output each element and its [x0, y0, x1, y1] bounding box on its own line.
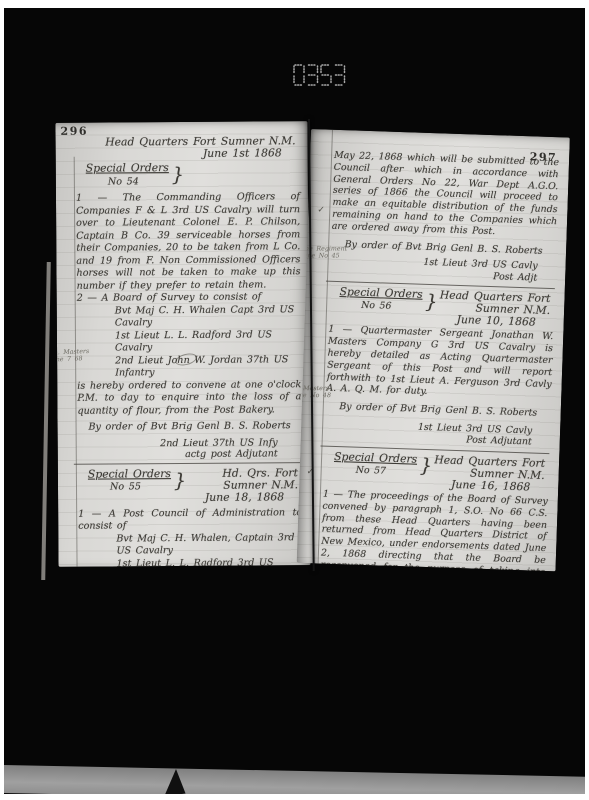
- film-frame-number: [293, 64, 353, 92]
- board-member-list: Bvt Maj C. H. Whalen, Captain 3rd US Cav…: [116, 532, 303, 567]
- order-54-paragraph-3: is hereby ordered to convene at one o'cl…: [77, 379, 301, 418]
- text-line: 1st Lieut L. L. Radford 3rd US Cavalry: [115, 329, 301, 355]
- margin-note: W. MastersJune No 48: [297, 385, 331, 400]
- order-56-label-block: Special Orders No 56 }: [339, 286, 438, 314]
- by-order-line: By order of Bvt Brig Genl B. S. Roberts: [78, 420, 302, 434]
- signature-block: 1st Lieut 3rd US CavlyPost Adjutant: [325, 419, 551, 449]
- order-number: No 56: [361, 300, 422, 314]
- text-line: 2nd Lieut 37th US Infy: [78, 437, 278, 449]
- special-orders-label: Special Orders: [339, 286, 422, 301]
- scanner-bed-strip: [4, 765, 585, 794]
- check-mark-icon: ✓: [317, 205, 325, 217]
- order-57-head: Special Orders No 57 } Head Quarters For…: [323, 451, 549, 494]
- heading-date: June 16, 1868: [431, 478, 544, 494]
- order-number: No 55: [110, 481, 171, 494]
- continuation-body: May 22, 1868 which will be submitted to …: [332, 150, 560, 240]
- ledger-book: 296 Head Quarters Fort Sumner N.M. June …: [56, 121, 576, 577]
- text-line: June 7 68: [55, 355, 89, 364]
- board-member-list: Bvt Maj C. H. Whalen Capt 3rd US Cavalry…: [115, 304, 302, 380]
- left-page: 296 Head Quarters Fort Sumner N.M. June …: [55, 121, 310, 567]
- text-line: Bvt Maj C. H. Whalen Capt 3rd US Cavalry: [115, 304, 301, 330]
- order-55-head: Special Orders No 55 } Hd. Qrs. Fort Sum…: [78, 467, 302, 505]
- special-orders-label: Special Orders: [334, 451, 417, 466]
- text-line: The Regiment: [301, 245, 347, 252]
- order-54-label-block: Special Orders No 54 }: [86, 161, 300, 188]
- heading-date: June 10, 1868: [437, 314, 550, 330]
- brace-glyph: }: [172, 165, 184, 185]
- text-line: 2nd Lieut John W. Jordan 37th US Infantr…: [115, 354, 301, 380]
- order-55-label-block: Special Orders No 55 }: [88, 467, 186, 494]
- order-number: No 54: [108, 176, 169, 189]
- order-56-heading: Head Quarters Fort Sumner N.M. June 10, …: [437, 290, 555, 330]
- brace-glyph: }: [420, 456, 433, 476]
- text-line: actg post Adjutant: [78, 448, 278, 460]
- text-line: June No 48: [297, 393, 331, 400]
- heading-date: June 1st 1868: [76, 147, 296, 161]
- order-57-body: 1 — The proceedings of the Board of Surv…: [318, 489, 548, 572]
- text-line: June No 45: [301, 253, 347, 260]
- page-number-left: 296: [60, 126, 88, 139]
- brace-glyph: }: [174, 470, 186, 490]
- order-54-heading: Head Quarters Fort Sumner N.M. June 1st …: [76, 135, 300, 161]
- special-orders-label: Special Orders: [88, 468, 171, 481]
- by-order-line: By order of Bvt Brig Genl B. S. Roberts: [326, 401, 551, 420]
- underlying-page-edge: [41, 262, 51, 580]
- margin-note: The RegimentJune No 45: [301, 245, 347, 260]
- text-line: Bvt Maj C. H. Whalen, Captain 3rd US Cav…: [116, 532, 302, 558]
- order-54-paragraph-1: 1 — The Commanding Officers of Companies…: [76, 191, 301, 293]
- order-number: No 57: [356, 464, 417, 478]
- microfilm-scan: 296 Head Quarters Fort Sumner N.M. June …: [0, 0, 589, 800]
- order-55-heading: Hd. Qrs. Fort Sumner N.M. June 18, 1868: [186, 467, 302, 504]
- special-orders-label: Special Orders: [86, 162, 169, 175]
- signature-block: 2nd Lieut 37th US Infyactg post Adjutant: [78, 437, 302, 461]
- heading-place: Hd. Qrs. Fort Sumner N.M.: [186, 467, 298, 492]
- order-56-head: Special Orders No 56 } Head Quarters For…: [329, 286, 555, 329]
- right-page: 297 May 22, 1868 which will be submitted…: [297, 129, 570, 571]
- order-57-heading: Head Quarters Fort Sumner N.M. June 16, …: [431, 454, 549, 494]
- order-56-body: 1 — Quartermaster Sergeant Jonathan W. M…: [326, 324, 553, 402]
- text-line: 1st Lieut L. L. Radford 3rd US Cavalry: [116, 557, 302, 567]
- signature-block: 1st Lieut 3rd US CavlyPost Adjt: [330, 254, 556, 284]
- page-number-right: 297: [530, 151, 558, 164]
- section-divider-rule: [74, 462, 302, 465]
- order-57-label-block: Special Orders No 57 }: [334, 451, 433, 479]
- text-line: W. Masters: [297, 385, 331, 392]
- order-55-intro: 1 — A Post Council of Administration to …: [78, 507, 302, 534]
- heading-date: June 18, 1868: [186, 491, 298, 504]
- film-black-field: 296 Head Quarters Fort Sumner N.M. June …: [4, 8, 585, 794]
- brace-glyph: }: [425, 292, 438, 312]
- margin-note: Ch. MastersJune 7 68: [55, 348, 89, 364]
